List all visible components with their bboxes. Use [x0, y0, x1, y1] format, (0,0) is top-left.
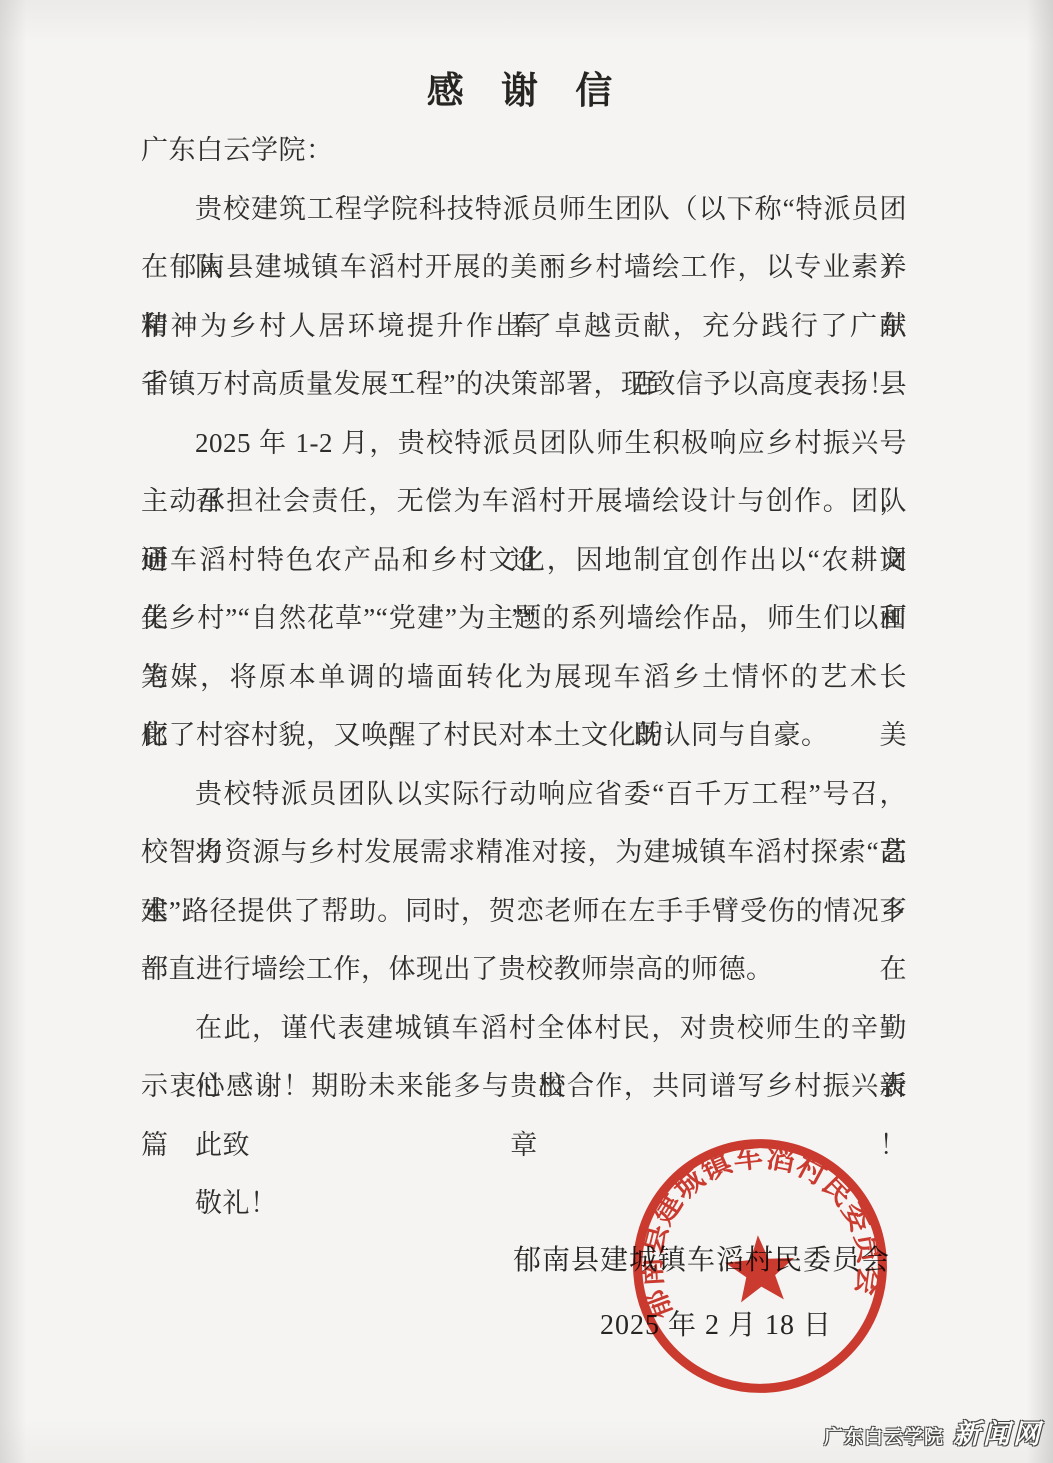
body-line: 研车滔村特色农产品和乡村文化，因地制宜创作出以“农耕文化”“和 [141, 531, 907, 590]
body-line: 精神为乡村人居环境提升作出了卓越贡献，充分践行了广东省“百县 [141, 297, 907, 356]
letter-body: 广东白云学院： 贵校建筑工程学院科技特派员师生团队（以下称“特派员团队”） 在郁… [141, 121, 907, 1233]
body-line: 2025 年 1-2 月，贵校特派员团队师生积极响应乡村振兴号召， [141, 414, 907, 473]
body-line: 化了村容村貌，又唤醒了村民对本土文化的认同与自豪。 [141, 706, 907, 765]
scanned-letter-page: 感 谢 信 广东白云学院： 贵校建筑工程学院科技特派员师生团队（以下称“特派员团… [0, 0, 1053, 1463]
seal-star-icon [723, 1233, 797, 1304]
body-line: 建”路径提供了帮助。同时，贺恋老师在左手手臂受伤的情况下都在 [141, 882, 907, 941]
seal-ring-label: 郁南县建城镇车滔村民委员会 [626, 1132, 889, 1325]
body-line: 为媒，将原本单调的墙面转化为展现车滔乡土情怀的艺术长廊，既美 [141, 648, 907, 707]
body-line: 在郁南县建城镇车滔村开展的美丽乡村墙绘工作，以专业素养和奉献 [141, 238, 907, 297]
body-line: 贵校建筑工程学院科技特派员师生团队（以下称“特派员团队”） [141, 180, 907, 239]
body-line: 主动承担社会责任，无偿为车滔村开展墙绘设计与创作。团队通过调 [141, 472, 907, 531]
watermark-site-name: 广东白云学院 [824, 1422, 944, 1449]
body-line: 在此，谨代表建城镇车滔村全体村民，对贵校师生的辛勤付出表 [141, 999, 907, 1058]
body-line: 千镇万村高质量发展工程”的决策部署，现致信予以高度表扬！ [141, 355, 907, 414]
salutation: 广东白云学院： [141, 121, 907, 180]
letter-title: 感 谢 信 [0, 60, 1053, 114]
official-red-seal: 郁南县建城镇车滔村民委员会 [617, 1123, 903, 1409]
watermark: 广东白云学院 新闻网 [824, 1412, 1043, 1451]
body-line: 校智力资源与乡村发展需求精准对接，为建城镇车滔村探索“艺术乡 [141, 823, 907, 882]
watermark-site-suffix: 新闻网 [953, 1412, 1043, 1451]
body-line: 示衷心感谢！期盼未来能多与贵校合作，共同谱写乡村振兴新篇章！ [141, 1057, 907, 1116]
body-line: 贵校特派员团队以实际行动响应省委“百千万工程”号召，将高 [141, 765, 907, 824]
body-line: 美乡村”“自然花草”“党建”为主题的系列墙绘作品，师生们以画笔 [141, 589, 907, 648]
